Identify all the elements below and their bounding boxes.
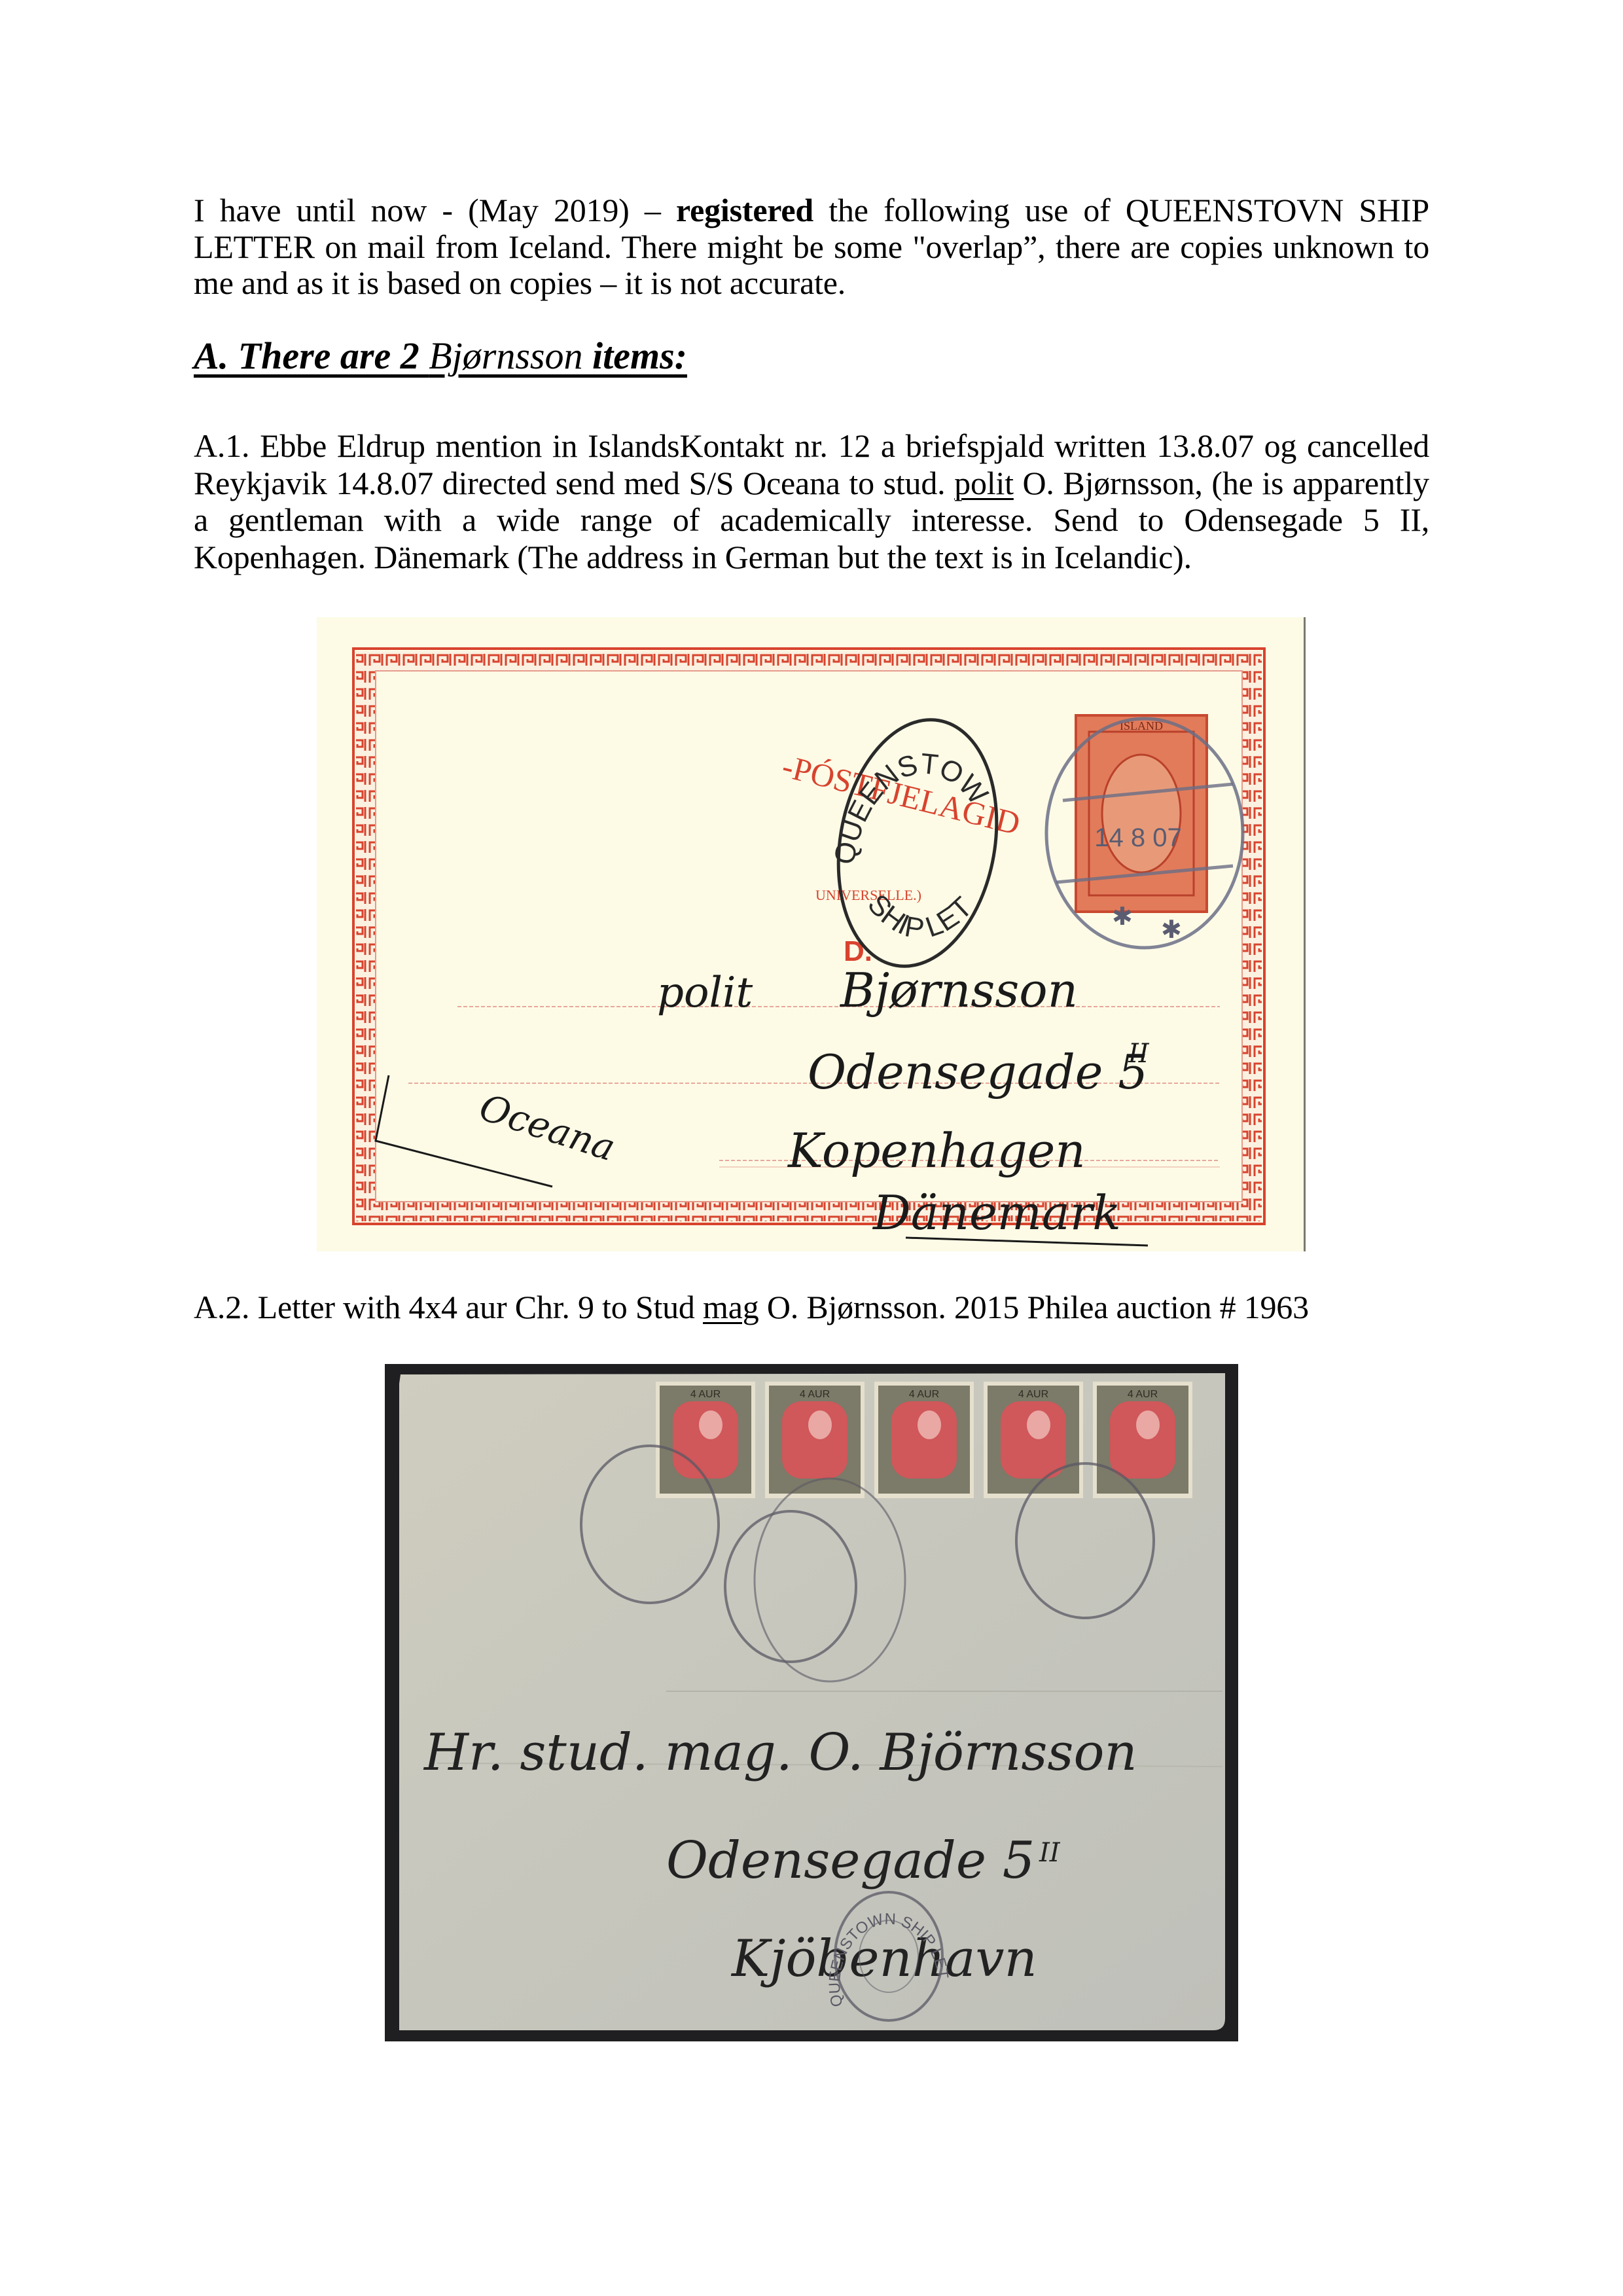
a2-text-2: O. Bjørnsson. 2015 Philea auction # 1963 bbox=[759, 1289, 1309, 1325]
item-a1-description: A.1. Ebbe Eldrup mention in IslandsKonta… bbox=[194, 427, 1429, 575]
stamp-strip: 4 AUR4 AUR4 AUR4 AUR4 AUR bbox=[656, 1382, 1192, 1498]
intro-paragraph: I have until now - (May 2019) – register… bbox=[194, 192, 1429, 302]
postcard-printed-sub: UNIVERSELLE.) bbox=[815, 887, 921, 903]
a2-text-1: A.2. Letter with 4x4 aur Chr. 9 to Stud bbox=[194, 1289, 703, 1325]
intro-bold-word: registered bbox=[676, 192, 813, 228]
handwriting-ship-note: Oceana bbox=[474, 1086, 620, 1170]
postcard-drawing: ISLAND 14 8 07 ✱ ✱ -PÓSTFJELAGID UNIVERS… bbox=[317, 617, 1306, 1251]
intro-text-1: I have until now - (May 2019) – bbox=[194, 192, 676, 228]
heading-name: Bjørnsson bbox=[429, 334, 582, 377]
envelope-drawing: 4 AUR4 AUR4 AUR4 AUR4 AUR Hr. stud. mag.… bbox=[385, 1364, 1238, 2041]
heading-prefix: A. There are 2 bbox=[194, 334, 429, 377]
a2-underlined-word: mag bbox=[703, 1289, 758, 1325]
envelope-handwriting-floor: II bbox=[1039, 1838, 1061, 1868]
postcard-image: ISLAND 14 8 07 ✱ ✱ -PÓSTFJELAGID UNIVERS… bbox=[317, 617, 1306, 1251]
handwriting-street: Odensegade 5 bbox=[808, 1045, 1148, 1100]
section-heading: A. There are 2 Bjørnsson items: bbox=[194, 334, 687, 378]
date-cancel-text: 14 8 07 bbox=[1094, 823, 1181, 852]
item-a2-description: A.2. Letter with 4x4 aur Chr. 9 to Stud … bbox=[194, 1288, 1309, 1326]
stamp-value-text: 4 AUR bbox=[1128, 1389, 1158, 1400]
envelope-handwriting-city: Kjöbenhavn bbox=[730, 1929, 1037, 1988]
envelope-handwriting-addressee: Hr. stud. mag. O. Björnsson bbox=[423, 1723, 1137, 1782]
envelope-handwriting-street: Odensegade 5 bbox=[666, 1831, 1035, 1890]
handwriting-floor: II bbox=[1128, 1039, 1150, 1069]
stamp-value-text: 4 AUR bbox=[909, 1389, 939, 1400]
cancel-star-icon: ✱ bbox=[1161, 916, 1182, 944]
handwriting-name: Bjørnsson bbox=[839, 963, 1078, 1018]
handwriting-polit: polit bbox=[657, 969, 753, 1017]
handwriting-city: Kopenhagen bbox=[787, 1123, 1086, 1178]
heading-suffix: items: bbox=[583, 334, 687, 377]
stamp-value-text: 4 AUR bbox=[800, 1389, 830, 1400]
handwriting-country: Dänemark bbox=[872, 1185, 1121, 1240]
cancel-star-icon: ✱ bbox=[1112, 903, 1133, 931]
stamp-value-text: 4 AUR bbox=[1018, 1389, 1048, 1400]
envelope-image: 4 AUR4 AUR4 AUR4 AUR4 AUR Hr. stud. mag.… bbox=[385, 1364, 1238, 2041]
stamp-value-text: 4 AUR bbox=[690, 1389, 721, 1400]
a1-underlined-word: polit bbox=[954, 465, 1014, 501]
